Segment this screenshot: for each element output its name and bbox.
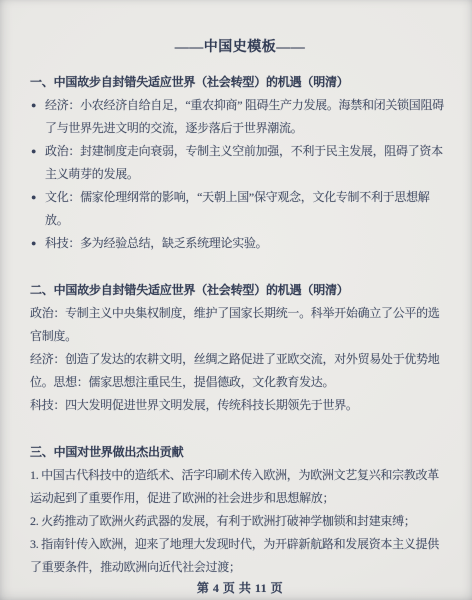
page-title: ——中国史模板—— bbox=[30, 38, 450, 58]
section-1-heading: 一、中国故步自封错失适应世界（社会转型）的机遇（明清） bbox=[30, 71, 450, 94]
list-item: ● 科技：多为经验总结，缺乏系统理论实验。 bbox=[30, 232, 450, 255]
paragraph: 经济：创造了发达的农耕文明，丝绸之路促进了亚欧交流，对外贸易处于优势地位。思想：… bbox=[30, 348, 450, 394]
section-2-heading: 二、中国故步自封错失适应世界（社会转型）的机遇（明清） bbox=[30, 279, 450, 302]
bullet-text: 文化：儒家伦理纲常的影响，“天朝上国”保守观念，文化专制不利于思想解放。 bbox=[45, 190, 429, 227]
paragraph: 科技：四大发明促进世界文明发展，传统科技长期领先于世界。 bbox=[30, 394, 450, 417]
bullet-icon: ● bbox=[31, 232, 36, 255]
numbered-item: 1. 中国古代科技中的造纸术、活字印刷术传入欧洲，为欧洲文艺复兴和宗教改革运动起… bbox=[30, 464, 450, 510]
section-3-heading: 三、中国对世界做出杰出贡献 bbox=[30, 441, 450, 464]
document-page: ——中国史模板—— 一、中国故步自封错失适应世界（社会转型）的机遇（明清） ● … bbox=[0, 0, 472, 600]
bullet-text: 经济：小农经济自给自足，“重农抑商” 阻碍生产力发展。海禁和闭关锁国阻碍了与世界… bbox=[45, 98, 444, 135]
page-footer: 第 4 页 共 11 页 bbox=[30, 579, 450, 597]
section-2: 二、中国故步自封错失适应世界（社会转型）的机遇（明清） 政治：专制主义中央集权制… bbox=[30, 279, 450, 417]
list-item: ● 政治：封建制度走向衰弱，专制主义空前加强，不利于民主发展，阻碍了资本主义萌芽… bbox=[30, 140, 450, 186]
bullet-icon: ● bbox=[31, 186, 36, 209]
bullet-icon: ● bbox=[31, 140, 36, 163]
list-item: ● 经济：小农经济自给自足，“重农抑商” 阻碍生产力发展。海禁和闭关锁国阻碍了与… bbox=[30, 94, 450, 140]
list-item: ● 文化：儒家伦理纲常的影响，“天朝上国”保守观念，文化专制不利于思想解放。 bbox=[30, 186, 450, 232]
numbered-item: 3. 指南针传入欧洲，迎来了地理大发现时代，为开辟新航路和发展资本主义提供了重要… bbox=[30, 533, 450, 579]
section-3: 三、中国对世界做出杰出贡献 1. 中国古代科技中的造纸术、活字印刷术传入欧洲，为… bbox=[30, 441, 450, 579]
section-1: 一、中国故步自封错失适应世界（社会转型）的机遇（明清） ● 经济：小农经济自给自… bbox=[30, 71, 450, 255]
bullet-text: 政治：封建制度走向衰弱，专制主义空前加强，不利于民主发展，阻碍了资本主义萌芽的发… bbox=[45, 144, 443, 181]
bullet-text: 科技：多为经验总结，缺乏系统理论实验。 bbox=[45, 236, 267, 250]
bullet-list: ● 经济：小农经济自给自足，“重农抑商” 阻碍生产力发展。海禁和闭关锁国阻碍了与… bbox=[30, 94, 450, 255]
paragraph: 政治：专制主义中央集权制度，维护了国家长期统一。科举开始确立了公平的选官制度。 bbox=[30, 302, 450, 348]
bullet-icon: ● bbox=[31, 94, 36, 117]
numbered-item: 2. 火药推动了欧洲火药武器的发展，有利于欧洲打破神学枷锁和封建束缚； bbox=[30, 510, 450, 533]
